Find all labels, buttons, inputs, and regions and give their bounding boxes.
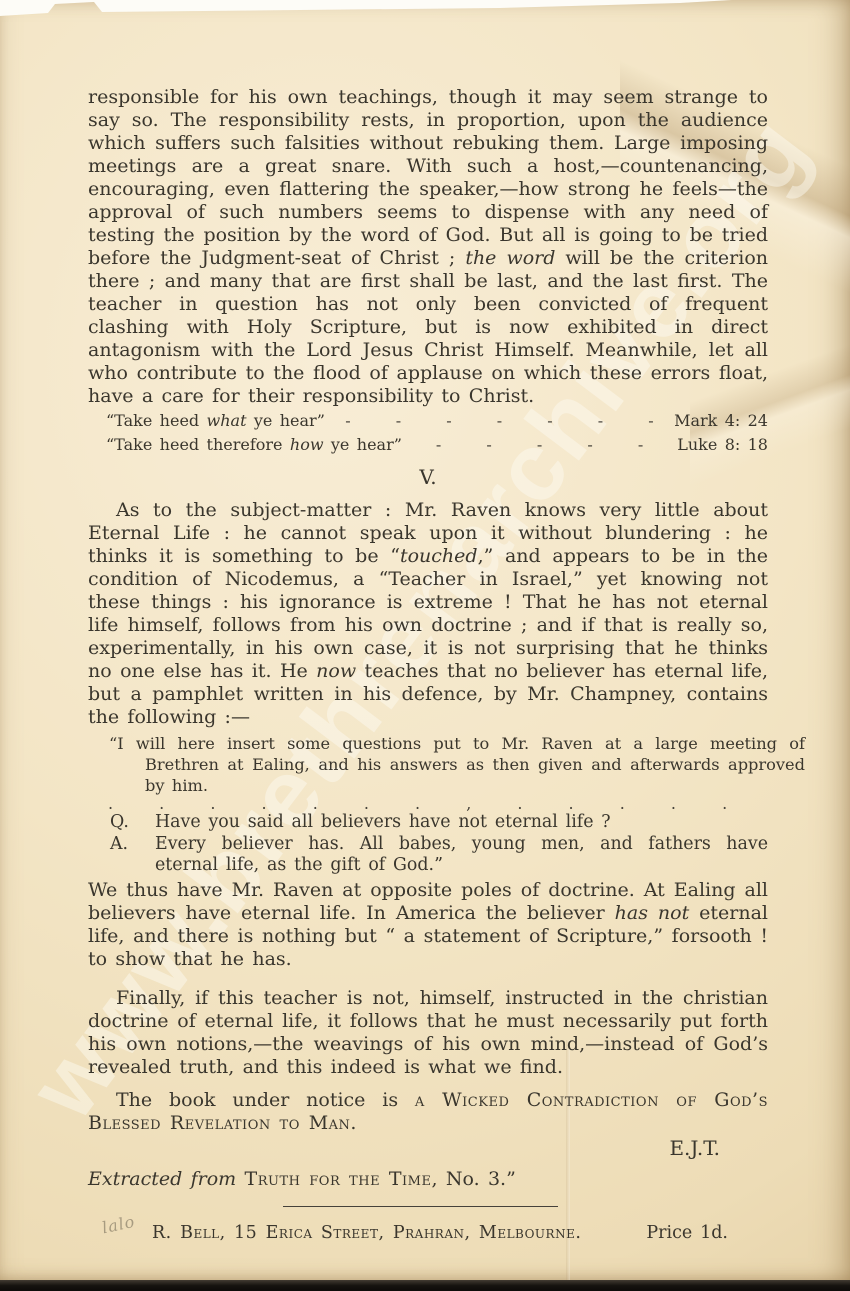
leader-dashes: - - - - - - -	[325, 410, 674, 432]
imprint-row: lalo R. Bell, 15 Erica Street, Prahran, …	[88, 1222, 768, 1244]
answer-row: A. Every believer has. All babes, young …	[88, 834, 768, 876]
pamphlet-page: www.brethrenarchive.org responsible for …	[0, 0, 850, 1280]
paragraph-book-verdict: The book under notice is a Wicked Contra…	[88, 1089, 768, 1135]
author-initials: E.J.T.	[88, 1136, 768, 1160]
footer-divider-rule	[283, 1206, 558, 1207]
scripture-reference-row: “Take heed therefore how ye hear” - - - …	[88, 434, 768, 456]
champney-quote-block: “I will here insert some questions put t…	[88, 733, 805, 796]
scan-bottom-edge	[0, 1279, 850, 1291]
leader-dashes: - - - - -	[402, 434, 677, 456]
price-label: Price 1d.	[646, 1222, 728, 1244]
scripture-quote: “Take heed what ye hear”	[106, 410, 325, 432]
question-row: Q. Have you said all believers have not …	[88, 812, 768, 833]
question-text: Have you said all believers have not ete…	[155, 812, 768, 833]
scripture-citation: Luke 8: 18	[677, 434, 768, 456]
pencil-annotation: lalo	[100, 1211, 137, 1239]
answer-text: Every believer has. All babes, young men…	[155, 834, 768, 876]
question-label: Q.	[110, 812, 155, 833]
ellipsis-line: . . . . . . . , . . . . . .	[88, 797, 768, 811]
scripture-quote: “Take heed therefore how ye hear”	[106, 434, 402, 456]
paragraph-opposite-poles: We thus have Mr. Raven at opposite poles…	[88, 879, 768, 971]
extract-source-line: Extracted from Truth for the Time, No. 3…	[88, 1167, 768, 1191]
answer-label: A.	[110, 834, 155, 876]
paragraph-subject-matter: As to the subject-matter : Mr. Raven kno…	[88, 499, 768, 729]
scanned-pamphlet-scene: www.brethrenarchive.org responsible for …	[0, 0, 850, 1291]
paragraph-finally: Finally, if this teacher is not, himself…	[88, 987, 768, 1079]
scripture-reference-row: “Take heed what ye hear” - - - - - - - M…	[88, 410, 768, 432]
paragraph-continuation: responsible for his own teachings, thoug…	[88, 86, 768, 408]
page-text-column: responsible for his own teachings, thoug…	[88, 86, 768, 1244]
section-heading: V.	[88, 465, 768, 489]
scripture-citation: Mark 4: 24	[674, 410, 768, 432]
publisher-imprint: R. Bell, 15 Erica Street, Prahran, Melbo…	[152, 1222, 581, 1244]
